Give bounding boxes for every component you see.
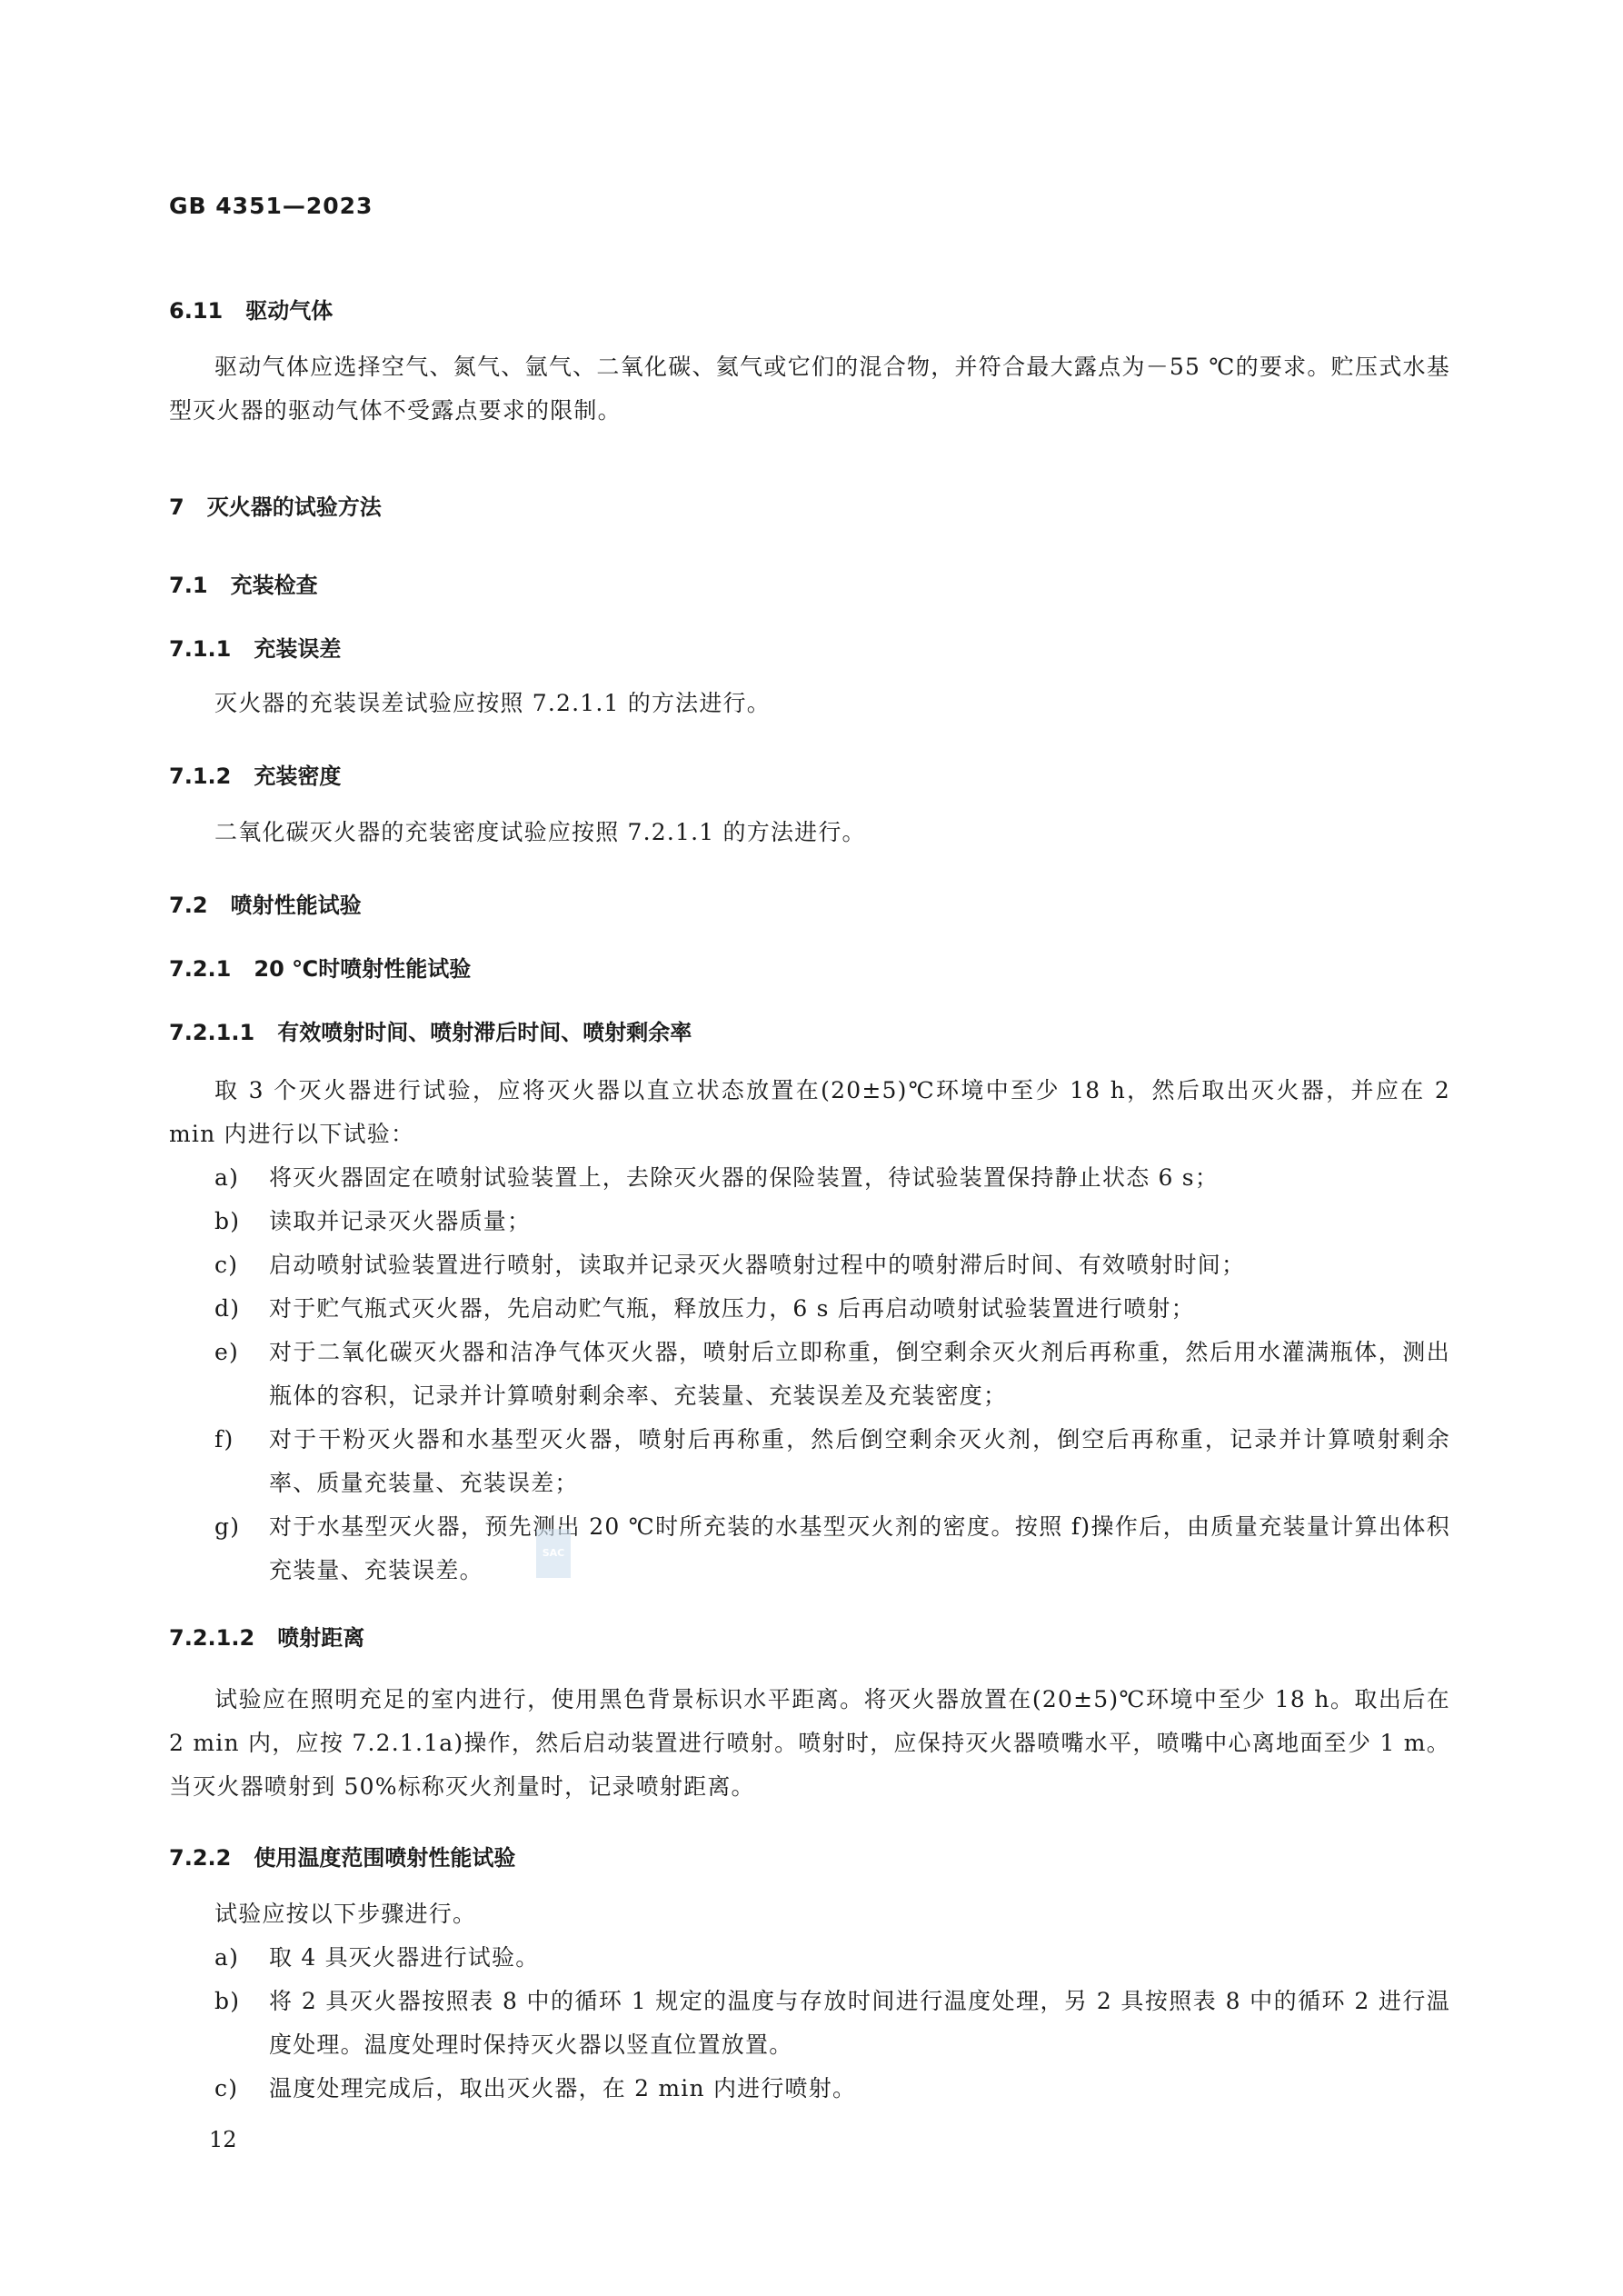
list-item: f) 对于干粉灭火器和水基型灭火器，喷射后再称重，然后倒空剩余灭火剂，倒空后再称… [214, 1418, 1450, 1505]
page-number: 12 [209, 2127, 237, 2152]
heading-title: 充装密度 [254, 764, 341, 789]
list-text: 对于干粉灭火器和水基型灭火器，喷射后再称重，然后倒空剩余灭火剂，倒空后再称重，记… [269, 1418, 1450, 1505]
heading-7-2: 7.2 喷射性能试验 [169, 887, 362, 919]
paragraph-7-2-1-1: 取 3 个灭火器进行试验，应将灭火器以直立状态放置在(20±5)℃环境中至少 1… [169, 1069, 1450, 1156]
heading-number: 7.2 [169, 893, 208, 918]
list-item: c) 启动喷射试验装置进行喷射，读取并记录灭火器喷射过程中的喷射滞后时间、有效喷… [214, 1243, 1450, 1287]
heading-number: 7.1.2 [169, 764, 231, 789]
list-item: c) 温度处理完成后，取出灭火器，在 2 min 内进行喷射。 [214, 2067, 1450, 2111]
watermark-logo: SAC [536, 1529, 571, 1578]
list-item: a) 取 4 具灭火器进行试验。 [214, 1936, 1450, 1980]
list-item: b) 读取并记录灭火器质量； [214, 1200, 1450, 1243]
heading-number: 7.1.1 [169, 636, 231, 662]
heading-title: 20 ℃时喷射性能试验 [254, 956, 471, 982]
list-text: 对于二氧化碳灭火器和洁净气体灭火器，喷射后立即称重，倒空剩余灭火剂后再称重，然后… [269, 1331, 1450, 1418]
list-marker: b) [214, 1980, 240, 2023]
heading-number: 7.1 [169, 573, 208, 598]
document-page: GB 4351—2023 6.11 驱动气体 驱动气体应选择空气、氮气、氩气、二… [0, 0, 1623, 2296]
list-text: 将灭火器固定在喷射试验装置上，去除灭火器的保险装置，待试验装置保持静止状态 6 … [269, 1156, 1450, 1200]
heading-number: 7.2.1.2 [169, 1625, 254, 1651]
paragraph-7-2-1-2: 试验应在照明充足的室内进行，使用黑色背景标识水平距离。将灭火器放置在(20±5)… [169, 1678, 1450, 1809]
heading-7-2-1-2: 7.2.1.2 喷射距离 [169, 1620, 364, 1652]
list-text: 将 2 具灭火器按照表 8 中的循环 1 规定的温度与存放时间进行温度处理，另 … [269, 1980, 1450, 2067]
list-text: 温度处理完成后，取出灭火器，在 2 min 内进行喷射。 [269, 2067, 1450, 2111]
heading-title: 喷射距离 [277, 1625, 364, 1651]
heading-title: 有效喷射时间、喷射滞后时间、喷射剩余率 [277, 1020, 692, 1045]
heading-7-2-2: 7.2.2 使用温度范围喷射性能试验 [169, 1840, 515, 1872]
paragraph-7-1-2: 二氧化碳灭火器的充装密度试验应按照 7.2.1.1 的方法进行。 [169, 811, 1450, 854]
heading-7-1: 7.1 充装检查 [169, 567, 318, 599]
heading-title: 灭火器的试验方法 [207, 494, 382, 520]
heading-title: 充装检查 [231, 573, 318, 598]
list-marker: b) [214, 1200, 240, 1243]
list-text: 读取并记录灭火器质量； [269, 1200, 1450, 1243]
list-item: g) 对于水基型灭火器，预先测出 20 ℃时所充装的水基型灭火剂的密度。按照 f… [214, 1505, 1450, 1592]
heading-6-11: 6.11 驱动气体 [169, 293, 333, 324]
heading-7-2-1: 7.2.1 20 ℃时喷射性能试验 [169, 951, 471, 983]
heading-number: 7.2.1 [169, 956, 231, 982]
heading-title: 驱动气体 [245, 298, 333, 324]
list-marker: f) [214, 1418, 234, 1462]
list-marker: a) [214, 1156, 239, 1200]
heading-title: 喷射性能试验 [231, 893, 362, 918]
standard-code: GB 4351—2023 [169, 193, 373, 219]
paragraph-7-1-1: 灭火器的充装误差试验应按照 7.2.1.1 的方法进行。 [169, 682, 1450, 725]
list-text: 启动喷射试验装置进行喷射，读取并记录灭火器喷射过程中的喷射滞后时间、有效喷射时间… [269, 1243, 1450, 1287]
list-item: e) 对于二氧化碳灭火器和洁净气体灭火器，喷射后立即称重，倒空剩余灭火剂后再称重… [214, 1331, 1450, 1418]
heading-number: 7.2.2 [169, 1845, 231, 1871]
heading-number: 6.11 [169, 298, 223, 324]
list-marker: c) [214, 1243, 238, 1287]
list-marker: d) [214, 1287, 240, 1331]
heading-7-2-1-1: 7.2.1.1 有效喷射时间、喷射滞后时间、喷射剩余率 [169, 1014, 692, 1046]
list-marker: e) [214, 1331, 239, 1374]
heading-title: 使用温度范围喷射性能试验 [254, 1845, 515, 1871]
list-item: b) 将 2 具灭火器按照表 8 中的循环 1 规定的温度与存放时间进行温度处理… [214, 1980, 1450, 2067]
heading-number: 7.2.1.1 [169, 1020, 254, 1045]
heading-number: 7 [169, 494, 184, 520]
list-item: d) 对于贮气瓶式灭火器，先启动贮气瓶，释放压力，6 s 后再启动喷射试验装置进… [214, 1287, 1450, 1331]
heading-title: 充装误差 [254, 636, 341, 662]
list-marker: a) [214, 1936, 239, 1980]
list-text: 对于贮气瓶式灭火器，先启动贮气瓶，释放压力，6 s 后再启动喷射试验装置进行喷射… [269, 1287, 1450, 1331]
list-text: 取 4 具灭火器进行试验。 [269, 1936, 1450, 1980]
paragraph-6-11: 驱动气体应选择空气、氮气、氩气、二氧化碳、氦气或它们的混合物，并符合最大露点为－… [169, 345, 1450, 433]
paragraph-7-2-2: 试验应按以下步骤进行。 [169, 1892, 1450, 1936]
list-marker: g) [214, 1505, 240, 1549]
list-item: a) 将灭火器固定在喷射试验装置上，去除灭火器的保险装置，待试验装置保持静止状态… [214, 1156, 1450, 1200]
list-text: 对于水基型灭火器，预先测出 20 ℃时所充装的水基型灭火剂的密度。按照 f)操作… [269, 1505, 1450, 1592]
heading-7-1-2: 7.1.2 充装密度 [169, 758, 341, 790]
heading-7-1-1: 7.1.1 充装误差 [169, 631, 341, 663]
list-marker: c) [214, 2067, 238, 2111]
heading-7: 7 灭火器的试验方法 [169, 489, 382, 521]
